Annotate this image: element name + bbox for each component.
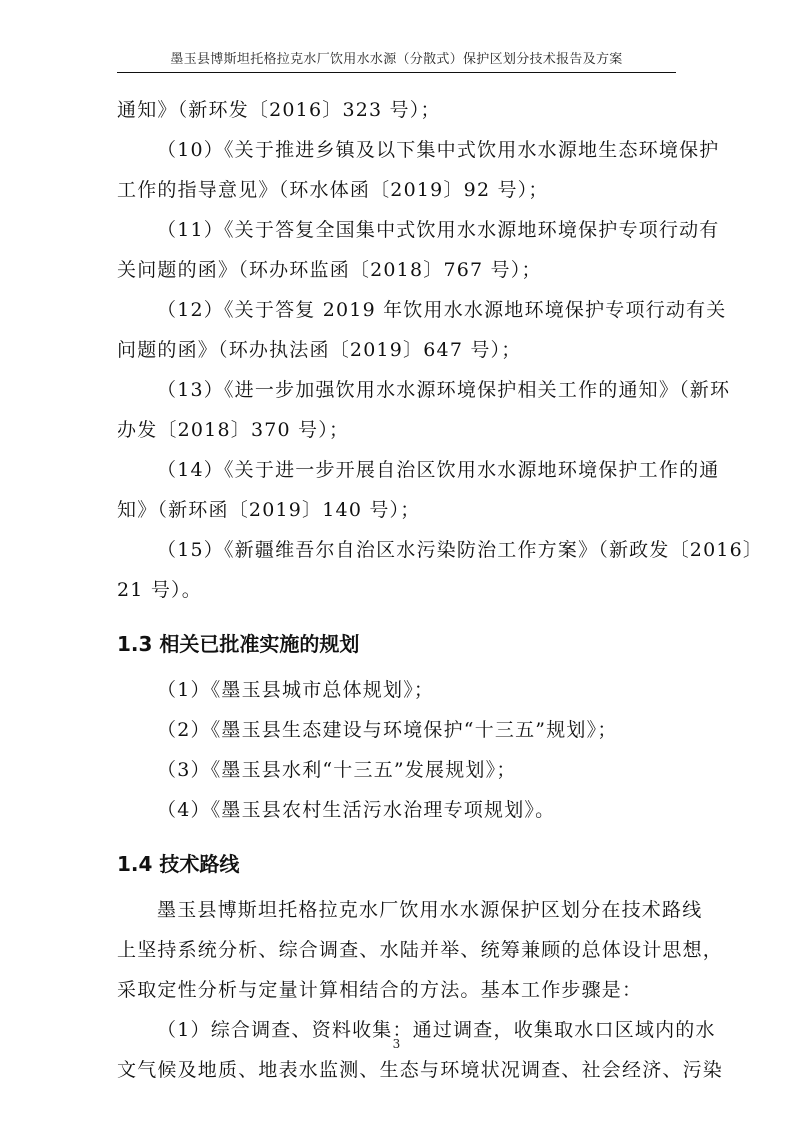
body-line: 上坚持系统分析、综合调查、水陆并举、统筹兼顾的总体设计思想， [117,930,677,970]
plan-item: （1）《墨玉县城市总体规划》； [117,670,677,710]
running-header: 墨玉县博斯坦托格拉克水厂饮用水水源（分散式）保护区划分技术报告及方案 [117,50,676,73]
body-line: （14）《关于进一步开展自治区饮用水水源地环境保护工作的通 [117,450,677,490]
page-number: 3 [0,1037,793,1051]
body-line: （12）《关于答复 2019 年饮用水水源地环境保护专项行动有关 [117,290,677,330]
header-title: 墨玉县博斯坦托格拉克水厂饮用水水源（分散式）保护区划分技术报告及方案 [170,52,622,67]
section-heading-1-3: 1.3 相关已批准实施的规划 [117,624,677,664]
body-line: 办发〔2018〕370 号）； [117,410,677,450]
page-body: 通知》（新环发〔2016〕323 号）； （10）《关于推进乡镇及以下集中式饮用… [117,90,677,1090]
body-line: 工作的指导意见》（环水体函〔2019〕92 号）； [117,170,677,210]
body-line: 采取定性分析与定量计算相结合的方法。基本工作步骤是： [117,970,677,1010]
plan-item: （2）《墨玉县生态建设与环境保护“十三五”规划》； [117,710,677,750]
body-line: （13）《进一步加强饮用水水源环境保护相关工作的通知》（新环 [117,370,677,410]
plan-item: （3）《墨玉县水利“十三五”发展规划》； [117,750,677,790]
body-line: 21 号）。 [117,570,677,610]
plan-item: （4）《墨玉县农村生活污水治理专项规划》。 [117,790,677,830]
body-line: （10）《关于推进乡镇及以下集中式饮用水水源地生态环境保护 [117,130,677,170]
body-line: 文气候及地质、地表水监测、生态与环境状况调查、社会经济、污染 [117,1050,677,1090]
body-line: 问题的函》（环办执法函〔2019〕647 号）； [117,330,677,370]
body-line: 关问题的函》（环办环监函〔2018〕767 号）； [117,250,677,290]
body-line: 知》（新环函〔2019〕140 号）； [117,490,677,530]
body-line: （15）《新疆维吾尔自治区水污染防治工作方案》（新政发〔2016〕 [117,530,677,570]
section-heading-1-4: 1.4 技术路线 [117,844,677,884]
body-line: （11）《关于答复全国集中式饮用水水源地环境保护专项行动有 [117,210,677,250]
body-line: 通知》（新环发〔2016〕323 号）； [117,90,677,130]
body-line: 墨玉县博斯坦托格拉克水厂饮用水水源保护区划分在技术路线 [117,890,677,930]
